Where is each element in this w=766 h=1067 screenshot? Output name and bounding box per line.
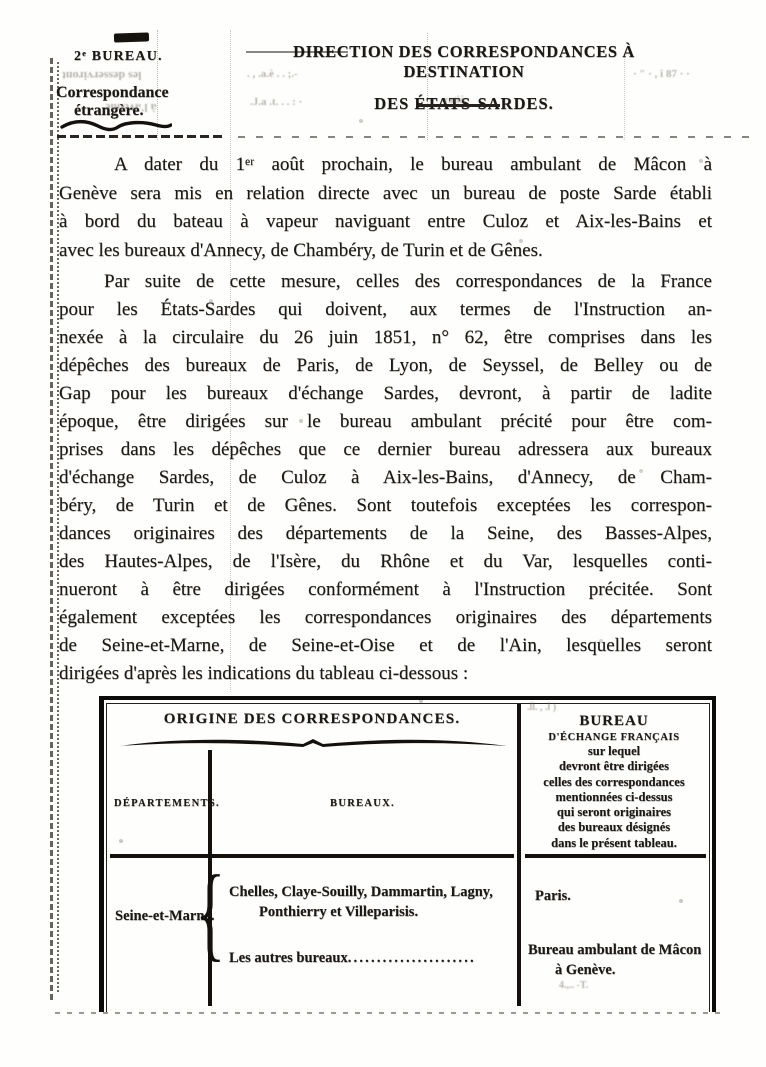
text-line: prises dans les dépêches que ce dernier … bbox=[59, 436, 712, 464]
column-header-bureau-echange: BUREAUD'ÉCHANGE FRANÇAISsur lequeldevron… bbox=[523, 712, 705, 851]
header-divider-light bbox=[238, 136, 758, 138]
text-line: BUREAU bbox=[523, 712, 705, 731]
text-line: dépêches des bureaux de Paris, de Lyon, … bbox=[59, 352, 712, 380]
bleed-through-text: . , .a.è . . ;.- bbox=[247, 68, 298, 80]
text-line: dirigées d'après les indications du tabl… bbox=[59, 660, 712, 688]
text-line: nexée à la circulaire du 26 juin 1851, n… bbox=[59, 324, 712, 352]
text-line: qui seront originaires bbox=[523, 805, 705, 820]
text-line: également exceptées les correspondances … bbox=[59, 604, 712, 632]
text-line: Gap pour les bureaux d'échange Sardes, d… bbox=[59, 380, 712, 408]
stamp-flourish bbox=[60, 118, 172, 134]
text-line: pour les États-Sardes qui doivent, aux t… bbox=[59, 296, 712, 324]
table-bottom-bleed-line bbox=[55, 1012, 720, 1014]
bleed-through-text: · ″ · , i 87 · · bbox=[633, 68, 690, 80]
text-line: des bureaux désignés bbox=[523, 820, 705, 835]
column-header-bureaux: BUREAUX. bbox=[208, 798, 517, 809]
bureau-number: 2ᵉ BUREAU. bbox=[74, 49, 163, 65]
cell-destination-entry2-line2: à Genève. bbox=[555, 962, 615, 979]
text-line: dans le présent tableau. bbox=[523, 836, 705, 851]
text-line: Par suite de cette mesure, celles des co… bbox=[59, 268, 712, 296]
header-rule-right bbox=[525, 854, 706, 858]
body-text: A dater du 1ᵉʳ août prochain, le bureau … bbox=[59, 151, 712, 688]
bleed-through-text: les desserviront bbox=[62, 68, 141, 83]
dot-leader: ...................... bbox=[348, 950, 476, 966]
header-rule-left bbox=[110, 854, 514, 858]
text-line: celles des correspondances bbox=[523, 775, 705, 790]
bleed-through-text: .J.a .t. . . : · bbox=[250, 96, 302, 108]
text-line: dances originaires des départements de l… bbox=[59, 520, 712, 548]
title-line-1: DIRECTION DES CORRESPONDANCES À DESTINAT… bbox=[238, 42, 690, 82]
text-line: époque, être dirigées sur le bureau ambu… bbox=[59, 408, 712, 436]
cell-bureaux-entry1-line2: Ponthierry et Villeparisis. bbox=[259, 904, 418, 921]
title-bleed-strike bbox=[246, 51, 348, 53]
bleed-through-text: à l'avenue bbox=[105, 100, 157, 115]
text-line: béry, de Turin et de Gênes. Sont toutefo… bbox=[59, 492, 712, 520]
cell-destination-entry1: Paris. bbox=[535, 888, 571, 905]
column-separator-2 bbox=[517, 704, 521, 1006]
text-line: D'ÉCHANGE FRANÇAIS bbox=[523, 731, 705, 744]
text-line: sur lequel bbox=[523, 744, 705, 759]
text-line: A dater du 1ᵉʳ août prochain, le bureau … bbox=[59, 151, 712, 180]
row-brace: { bbox=[195, 860, 226, 966]
bleed-through-text: ratié. bbox=[444, 95, 467, 106]
text-line: des Hautes-Alpes, de l'Isère, du Rhône e… bbox=[59, 548, 712, 576]
text-line: Genève sera mis en relation directe avec… bbox=[59, 180, 712, 209]
bleed-through-text: .ll. , .l ) bbox=[527, 702, 556, 713]
bleed-through-text: 4.,.. -T. bbox=[559, 980, 588, 991]
text-line: devront être dirigées bbox=[523, 759, 705, 774]
paragraph-2: Par suite de cette mesure, celles des co… bbox=[59, 268, 712, 688]
scanned-document-page: 2ᵉ BUREAU. les desserviront Correspondan… bbox=[0, 0, 766, 1067]
text-line: à bord du bateau à vapeur naviguant entr… bbox=[59, 208, 712, 237]
table-span-header: ORIGINE DES CORRESPONDANCES. bbox=[107, 711, 517, 728]
text-line: de Seine-et-Marne, de Seine-et-Oise et d… bbox=[59, 632, 712, 660]
column-header-departements: DÉPARTEMENTS. bbox=[114, 798, 220, 809]
header-divider-heavy bbox=[57, 135, 222, 138]
cell-bureaux-entry1-line1: Chelles, Claye-Souilly, Dammartin, Lagny… bbox=[229, 884, 493, 901]
text-line: nueront à être dirigées conformément à l… bbox=[59, 576, 712, 604]
cell-bureaux-entry2-label: Les autres bureaux bbox=[229, 950, 348, 966]
paragraph-1: A dater du 1ᵉʳ août prochain, le bureau … bbox=[59, 151, 712, 265]
text-line: mentionnées ci-dessus bbox=[523, 790, 705, 805]
text-line: d'échange Sardes, de Culoz à Aix-les-Bai… bbox=[59, 464, 712, 492]
left-margin-rule-outer bbox=[50, 58, 53, 1000]
routing-table: ORIGINE DES CORRESPONDANCES. DÉPARTEMENT… bbox=[99, 696, 716, 1012]
text-line: avec les bureaux d'Annecy, de Chambéry, … bbox=[59, 237, 712, 266]
span-header-brace bbox=[117, 734, 509, 752]
paper-noise bbox=[0, 0, 2, 2]
stamp-top-bar bbox=[114, 32, 149, 42]
routing-table-inner-border: ORIGINE DES CORRESPONDANCES. DÉPARTEMENT… bbox=[106, 703, 710, 1012]
cell-destination-entry2-line1: Bureau ambulant de Mâcon bbox=[528, 942, 701, 959]
cell-bureaux-entry2: Les autres bureaux...................... bbox=[229, 950, 476, 967]
